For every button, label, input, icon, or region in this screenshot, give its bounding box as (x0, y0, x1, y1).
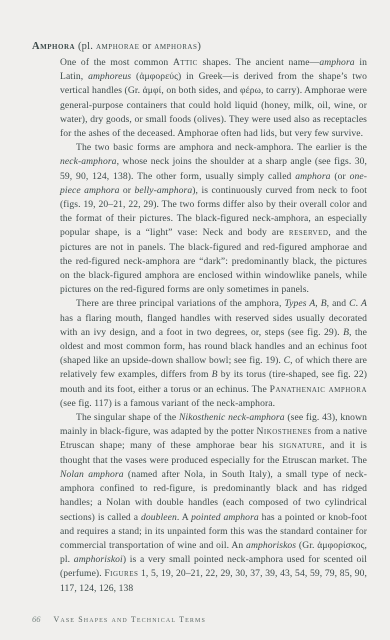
text-segment: or (119, 185, 134, 196)
text-segment: amphoras (154, 41, 197, 52)
text-segment: pointed amphora (191, 512, 259, 523)
text-segment: or (139, 41, 154, 52)
text-segment: amphorae (96, 41, 139, 52)
text-segment: doubleen (141, 512, 177, 523)
paragraph-intro: One of the most common Attic shapes. The… (60, 56, 367, 141)
page-footer: 66 Vase Shapes and Technical Terms (32, 614, 362, 624)
text-segment: Attic (173, 57, 198, 68)
text-segment: (see fig. 117) is a famous variant of th… (60, 398, 275, 409)
text-segment: amphora (295, 171, 330, 182)
text-segment: shapes. The ancient name— (198, 57, 320, 68)
text-segment: Amphora (32, 41, 75, 52)
text-segment: A (361, 298, 367, 309)
paragraph-special-shapes: The singular shape of the Nikosthenic ne… (60, 411, 367, 596)
text-segment: One of the most common (60, 57, 173, 68)
text-segment: reserved (289, 227, 328, 238)
text-segment: belly-amphora (135, 185, 193, 196)
book-page: Amphora (pl. amphorae or amphoras) One o… (0, 0, 390, 640)
text-segment: Nikosthenic neck-amphora (179, 412, 285, 423)
text-segment: Nolan amphora (60, 469, 124, 480)
text-segment: (or (331, 171, 350, 182)
text-segment: amphoriskoi (74, 554, 123, 565)
paragraph-type-variations: There are three principal variations of … (60, 297, 367, 411)
paragraph-basic-forms: The two basic forms are amphora and neck… (60, 141, 367, 297)
text-segment: amphoreus (88, 71, 131, 82)
text-segment: and (329, 298, 349, 309)
text-segment: Panathenaic amphora (270, 384, 367, 395)
text-segment: signature (279, 440, 322, 451)
text-segment: The two basic forms are amphora and neck… (76, 142, 367, 153)
text-segment: . A (177, 512, 191, 523)
entry-heading: Amphora (pl. amphorae or amphoras) (32, 41, 201, 52)
text-segment: Figures (104, 568, 138, 579)
text-segment: neck-amphora (60, 156, 117, 167)
text-segment: The singular shape of the (76, 412, 179, 423)
text-segment: has a flaring mouth, flanged handles wit… (60, 313, 367, 338)
text-segment: There are three principal variations of … (76, 298, 284, 309)
text-segment: Types A, B, (284, 298, 329, 309)
entry-body: One of the most common Attic shapes. The… (60, 56, 367, 596)
text-segment: Nikosthenes (256, 426, 311, 437)
text-segment: ) (197, 41, 201, 52)
text-segment: (pl. (75, 41, 96, 52)
running-title: Vase Shapes and Technical Terms (54, 615, 206, 624)
text-segment: amphora (319, 57, 354, 68)
page-number: 66 (32, 614, 41, 624)
text-segment: amphoriskos (246, 540, 296, 551)
